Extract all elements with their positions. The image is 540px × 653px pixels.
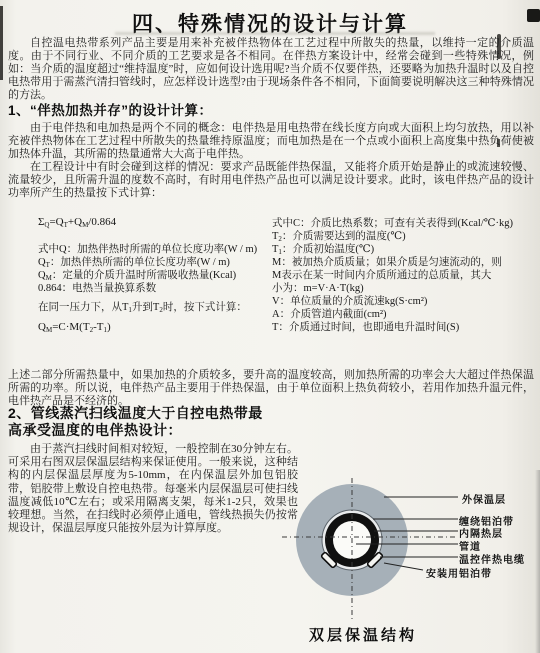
section1-closing-block: 上述二部分所需热量中，如果加热的介质较多，要升高的温度较高，则加热所需的功率会大… xyxy=(8,369,534,408)
title-scan-shadow xyxy=(115,32,435,35)
formula-bridge-text: 在同一压力下，从T1升到T2时，按下式计算： xyxy=(38,301,268,314)
section2-paragraph: 由于蒸汽扫线时间相对较短，一般控制在30分钟左右。可采用右图双层保温层结构来保证… xyxy=(8,443,298,535)
section2-heading: 2、管线蒸汽扫线温度大于自控电热带最 高承受温度的电伴热设计： xyxy=(8,405,348,439)
scanned-document-page: { "page": { "title": "四、特殊情况的设计与计算", "in… xyxy=(0,0,540,653)
formula-left-def-1: 式中Q：加热伴热时所需的单位长度功率(W / m) xyxy=(38,243,268,256)
formula-eq2: QM=C·M(T2-T1) xyxy=(38,321,268,334)
section1-paragraph-2: 在工程设计中有时会碰到这样的情况：要求产品既能伴热保温，又能将介质开始是静止的或… xyxy=(8,161,534,200)
formula-right-def-8: A：介质管道内截面(cm²) xyxy=(272,308,536,321)
label-install-foil: 安装用铝泊带 xyxy=(426,565,492,580)
formula-left-def-3: QM：定量的介质升温时所需吸收热量(Kcal) xyxy=(38,269,268,282)
section2-heading-line1: 2、管线蒸汽扫线温度大于自控电热带最 xyxy=(8,405,348,422)
formula-left-def-2: QT：加热伴热所需的单位长度功率(W / m) xyxy=(38,256,268,269)
section1-heading: 1、“伴热加热并存”的设计计算： xyxy=(8,99,213,119)
intro-paragraph: 自控温电热带系列产品主要是用来补充被伴热物体在工艺过程中所散失的热量，以维持一定… xyxy=(8,37,534,102)
formula-right-def-9: T：介质通过时间，也即通电升温时间(S) xyxy=(272,321,536,334)
section2-body-block: 由于蒸汽扫线时间相对较短，一般控制在30分钟左右。可采用右图双层保温层结构来保证… xyxy=(8,443,298,535)
formula-right-def-5: M表示在某一时间内介质所通过的总质量，其大 xyxy=(272,269,536,282)
label-heating-cable: 温控伴热电缆 xyxy=(459,551,525,566)
formula-right-def-4: M：被加热介质质量；如果介质是匀速流动的，则 xyxy=(272,256,536,269)
section2-heading-line2: 高承受温度的电伴热设计： xyxy=(8,422,348,439)
formula-right-def-6: 小为：m=V·A·T(kg) xyxy=(272,282,536,295)
section1-closing-paragraph: 上述二部分所需热量中，如果加热的介质较多，要升高的温度较高，则加热所需的功率会大… xyxy=(8,369,534,408)
formula-right-def-2: T2：介质需要达到的温度(℃) xyxy=(272,230,536,243)
intro-paragraph-block: 自控温电热带系列产品主要是用来补充被伴热物体在工艺过程中所散失的热量，以维持一定… xyxy=(8,37,534,102)
formula-eq1: ΣQ=QT+QM/0.864 xyxy=(38,216,268,229)
formula-right-def-3: T1：介质初始温度(℃) xyxy=(272,243,536,256)
formula-column-left: ΣQ=QT+QM/0.864 式中Q：加热伴热时所需的单位长度功率(W / m)… xyxy=(38,216,268,334)
formula-right-def-1: 式中C：介质比热系数；可查有关表得到(Kcal/℃·kg) xyxy=(272,217,536,230)
section1-body-block: 由于电伴热和电加热是两个不同的概念：电伴热是用电热带在线长度方向或大面积上均匀放… xyxy=(8,122,534,199)
diagram-caption: 双层保温结构 xyxy=(309,624,417,645)
formula-right-def-7: V：单位质量的介质流速kg(S·cm²) xyxy=(272,295,536,308)
formula-column-right: 式中C：介质比热系数；可查有关表得到(Kcal/℃·kg) T2：介质需要达到的… xyxy=(272,217,536,334)
formula-left-def-4: 0.864：电热当量换算系数 xyxy=(38,282,268,295)
section1-paragraph-1: 由于电伴热和电加热是两个不同的概念：电伴热是用电热带在线长度方向或大面积上均匀放… xyxy=(8,122,534,161)
label-outer-insulation: 外保温层 xyxy=(462,491,506,506)
